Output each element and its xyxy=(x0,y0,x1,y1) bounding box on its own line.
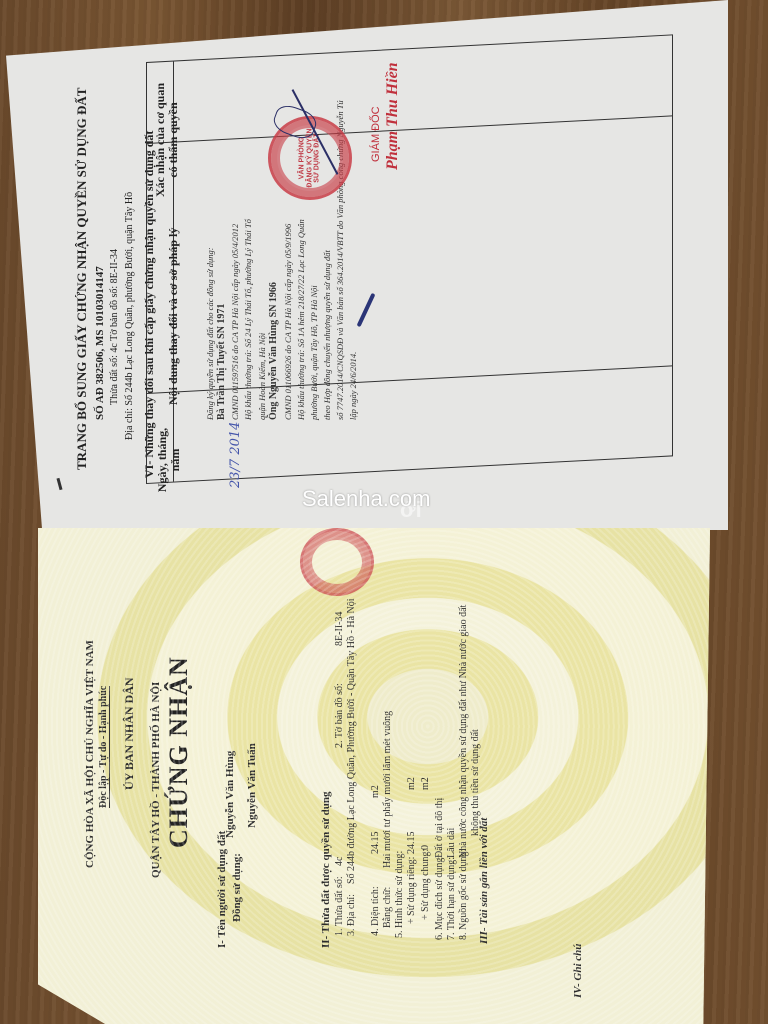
content-line: Đăng ký quyền sử dụng đất cho các đồng s… xyxy=(206,247,215,420)
map-sheet: 8E-II-34 xyxy=(334,612,345,646)
term-label: 7. Thời hạn sử dụng: xyxy=(446,857,457,940)
parcel-no: 4c xyxy=(334,857,345,866)
date-handwritten: 23/7 2014 xyxy=(228,422,243,488)
co-user-label: Đồng sử dụng: xyxy=(231,853,243,922)
section-4-heading: IV- Ghi chú xyxy=(572,944,584,998)
origin: Nhà nước công nhận quyền sử dụng đất như… xyxy=(458,605,469,858)
purpose-label: 6. Mục đích sử dụng: xyxy=(434,855,445,940)
table-row-divider xyxy=(147,115,672,144)
section-2-heading: II- Thửa đất được quyền sử dụng xyxy=(320,791,332,948)
section-1-heading: I- Tên người sử dụng đất xyxy=(216,831,228,948)
origin-label: 8. Nguồn gốc sử dụng: xyxy=(458,849,469,940)
content-owner-1: Bà Trần Thị Tuyết SN 1971 xyxy=(217,304,227,420)
page-seal-stamp-icon xyxy=(300,528,374,596)
supplement-parcel-line: Thửa đất số: 4c Tờ bản đồ số: 8E-II-34 xyxy=(109,249,120,405)
motto: Độc lập - Tự do - Hạnh phúc xyxy=(98,686,110,808)
district: QUẬN TÂY HỒ - THÀNH PHỐ HÀ NỘI xyxy=(150,682,162,878)
map-sheet-label: 2. Tờ bản đồ số: xyxy=(334,683,345,748)
certificate-title: CHỨNG NHẬN xyxy=(164,656,194,848)
address-label: 3. Địa chỉ: xyxy=(346,894,357,936)
area-words-label: Bằng chữ: xyxy=(382,887,393,928)
shared-use-label: + Sử dụng chung: xyxy=(420,849,431,920)
private-use-unit: m2 xyxy=(406,777,417,790)
content-line: Hộ khẩu thường trú: Số 1A hẻm 218/27/22 … xyxy=(297,219,306,420)
parcel-no-label: 1. Thửa đất số: xyxy=(334,876,345,936)
signer-name: Phạm Thu Hiền xyxy=(384,62,402,170)
content-line: CMND 011066926 do CA TP Hà Nội cấp ngày … xyxy=(284,224,293,420)
content-owner-2: Ông Nguyễn Văn Hùng SN 1966 xyxy=(269,282,279,420)
content-line: theo Hợp đồng chuyển nhượng quyền sử dụn… xyxy=(323,250,332,420)
header-confirmation: Xác nhận của cơ quan có thẩm quyền xyxy=(154,80,180,200)
private-use-value: 24.15 xyxy=(406,832,417,855)
section-3-heading: III- Tài sản gắn liền với đất xyxy=(478,818,490,944)
national-header: CỘNG HÒA XÃ HỘI CHỦ NGHĨA VIỆT NAM xyxy=(84,640,96,868)
supplement-address-line: Địa chỉ: Số 244b Lạc Long Quân, phường B… xyxy=(124,192,135,440)
area-value: 24.15 xyxy=(370,832,381,855)
header-date: Ngày, tháng, năm xyxy=(156,425,182,495)
term: Lâu dài xyxy=(446,828,457,858)
supplement-title: TRANG BỔ SUNG GIẤY CHỨNG NHẬN QUYỀN SỬ D… xyxy=(74,88,90,470)
owner-name: Nguyễn Văn Hùng xyxy=(224,751,236,838)
signer-role: GIÁM ĐỐC xyxy=(370,106,382,162)
private-use-label: + Sử dụng riêng: xyxy=(406,857,417,924)
content-line: phường Bưởi, quận Tây Hồ, TP Hà Nội xyxy=(310,285,319,420)
header-content: Nội dung thay đổi và cơ sở pháp lý xyxy=(166,228,181,405)
certificate-page: CỘNG HÒA XÃ HỘI CHỦ NGHĨA VIỆT NAM Độc l… xyxy=(38,528,710,1024)
content-line: quận Hoàn Kiếm, Hà Nội xyxy=(258,333,267,420)
issuer: ỦY BAN NHÂN DÂN xyxy=(122,677,137,790)
area-label: 4. Diện tích: xyxy=(370,886,381,936)
content-line: Hộ khẩu thường trú: Số 24 Lý Thái Tổ, ph… xyxy=(244,219,253,420)
address: Số 244b đường Lạc Long Quân, Phường Bưởi… xyxy=(346,598,357,884)
watermark: Salenha.com xyxy=(302,486,430,512)
shared-use-value: 0 xyxy=(420,845,431,850)
area-unit: m2 xyxy=(370,785,381,798)
shared-use-unit: m2 xyxy=(420,777,431,790)
supplement-page: TRANG BỔ SUNG GIẤY CHỨNG NHẬN QUYỀN SỬ D… xyxy=(6,0,728,530)
content-line: CMND 011597516 do CA TP Hà Nội cấp ngày … xyxy=(231,224,240,420)
co-user-name: Nguyễn Văn Tuấn xyxy=(246,743,258,828)
purpose: Đất ở tại đô thị xyxy=(434,798,445,858)
pen-mark-icon xyxy=(56,478,62,490)
area-words: Hai mươi tư phẩy mười lăm mét vuông xyxy=(382,711,393,868)
supplement-serial: SỐ AĐ 382506, MS 10103014147 xyxy=(94,266,106,420)
content-line: lập ngày 24/6/2014. xyxy=(349,352,358,420)
usage-form-label: 5. Hình thức sử dụng: xyxy=(394,851,405,938)
